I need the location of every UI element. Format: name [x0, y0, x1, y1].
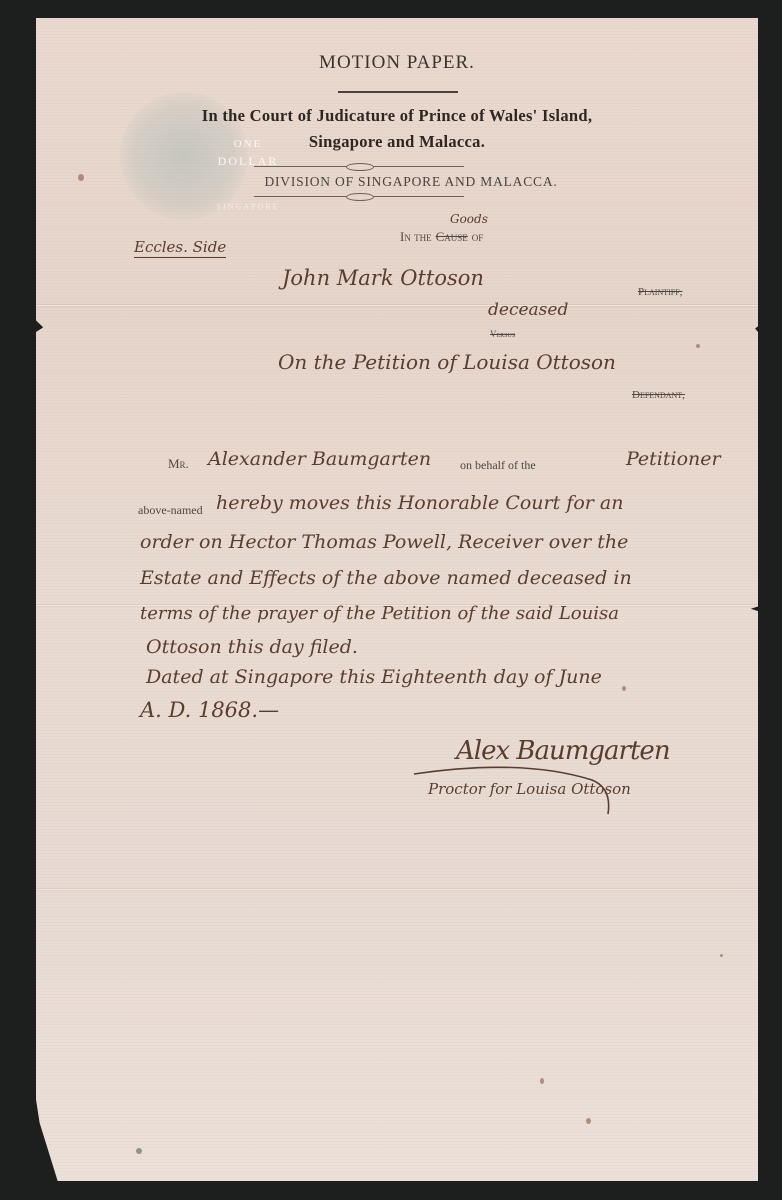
struck-plaintiff-label: Plaintiff,: [638, 286, 682, 298]
side-note: Eccles. Side: [134, 238, 226, 258]
fold-crease: [36, 304, 758, 307]
inserted-goods: Goods: [450, 212, 488, 226]
body-line-2: order on Hector Thomas Powell, Receiver …: [140, 531, 628, 553]
counsel-name: Alexander Baumgarten: [208, 448, 431, 470]
deceased-name: John Mark Ottoson: [282, 266, 484, 290]
stain-spot: [586, 1118, 591, 1124]
court-name-line2: Singapore and Malacca.: [36, 132, 758, 152]
stain-spot: [540, 1078, 544, 1084]
struck-versus: Versus: [490, 329, 515, 339]
on-behalf-label: on behalf of the: [460, 458, 536, 473]
stain-spot: [78, 174, 84, 181]
struck-defendant-label: Defendant,: [632, 389, 685, 401]
petition-line: On the Petition of Louisa Ottoson: [278, 350, 616, 374]
cause-prefix: In the: [400, 229, 432, 244]
document-title: MOTION PAPER.: [36, 52, 758, 74]
court-name-line1: In the Court of Judicature of Prince of …: [36, 106, 758, 126]
struck-cause: Cause: [436, 229, 468, 244]
party-role: Petitioner: [626, 448, 721, 470]
signature-role: Proctor for Louisa Ottoson: [428, 780, 631, 798]
body-line-5: Ottoson this day filed.: [146, 636, 358, 658]
mr-label: Mr.: [168, 456, 189, 471]
body-line-3: Estate and Effects of the above named de…: [140, 567, 632, 589]
body-line-1: hereby moves this Honorable Court for an: [216, 492, 623, 514]
stain-spot: [622, 686, 626, 691]
year-line: A. D. 1868.—: [140, 698, 279, 722]
division-heading: DIVISION OF SINGAPORE AND MALACCA.: [211, 174, 611, 190]
stain-spot: [136, 1148, 142, 1154]
stain-spot: [720, 954, 723, 957]
cause-suffix: of: [472, 229, 484, 244]
ornament-rule: [254, 166, 464, 167]
inserted-deceased: deceased: [488, 300, 568, 320]
ornament-rule: [254, 196, 464, 197]
motion-paper-document: ONE DOLLAR SINGAPORE MOTION PAPER. In th…: [36, 18, 758, 1181]
title-rule: [338, 91, 458, 93]
date-line: Dated at Singapore this Eighteenth day o…: [146, 666, 602, 688]
above-named-label: above-named: [138, 503, 203, 518]
motion-first-line: Mr.: [168, 455, 189, 473]
cause-line: Goods In the Cause of: [400, 228, 483, 246]
stamp-place: SINGAPORE: [184, 202, 312, 211]
fold-crease: [36, 888, 758, 891]
stain-spot: [696, 344, 700, 348]
body-line-4: terms of the prayer of the Petition of t…: [140, 603, 619, 624]
